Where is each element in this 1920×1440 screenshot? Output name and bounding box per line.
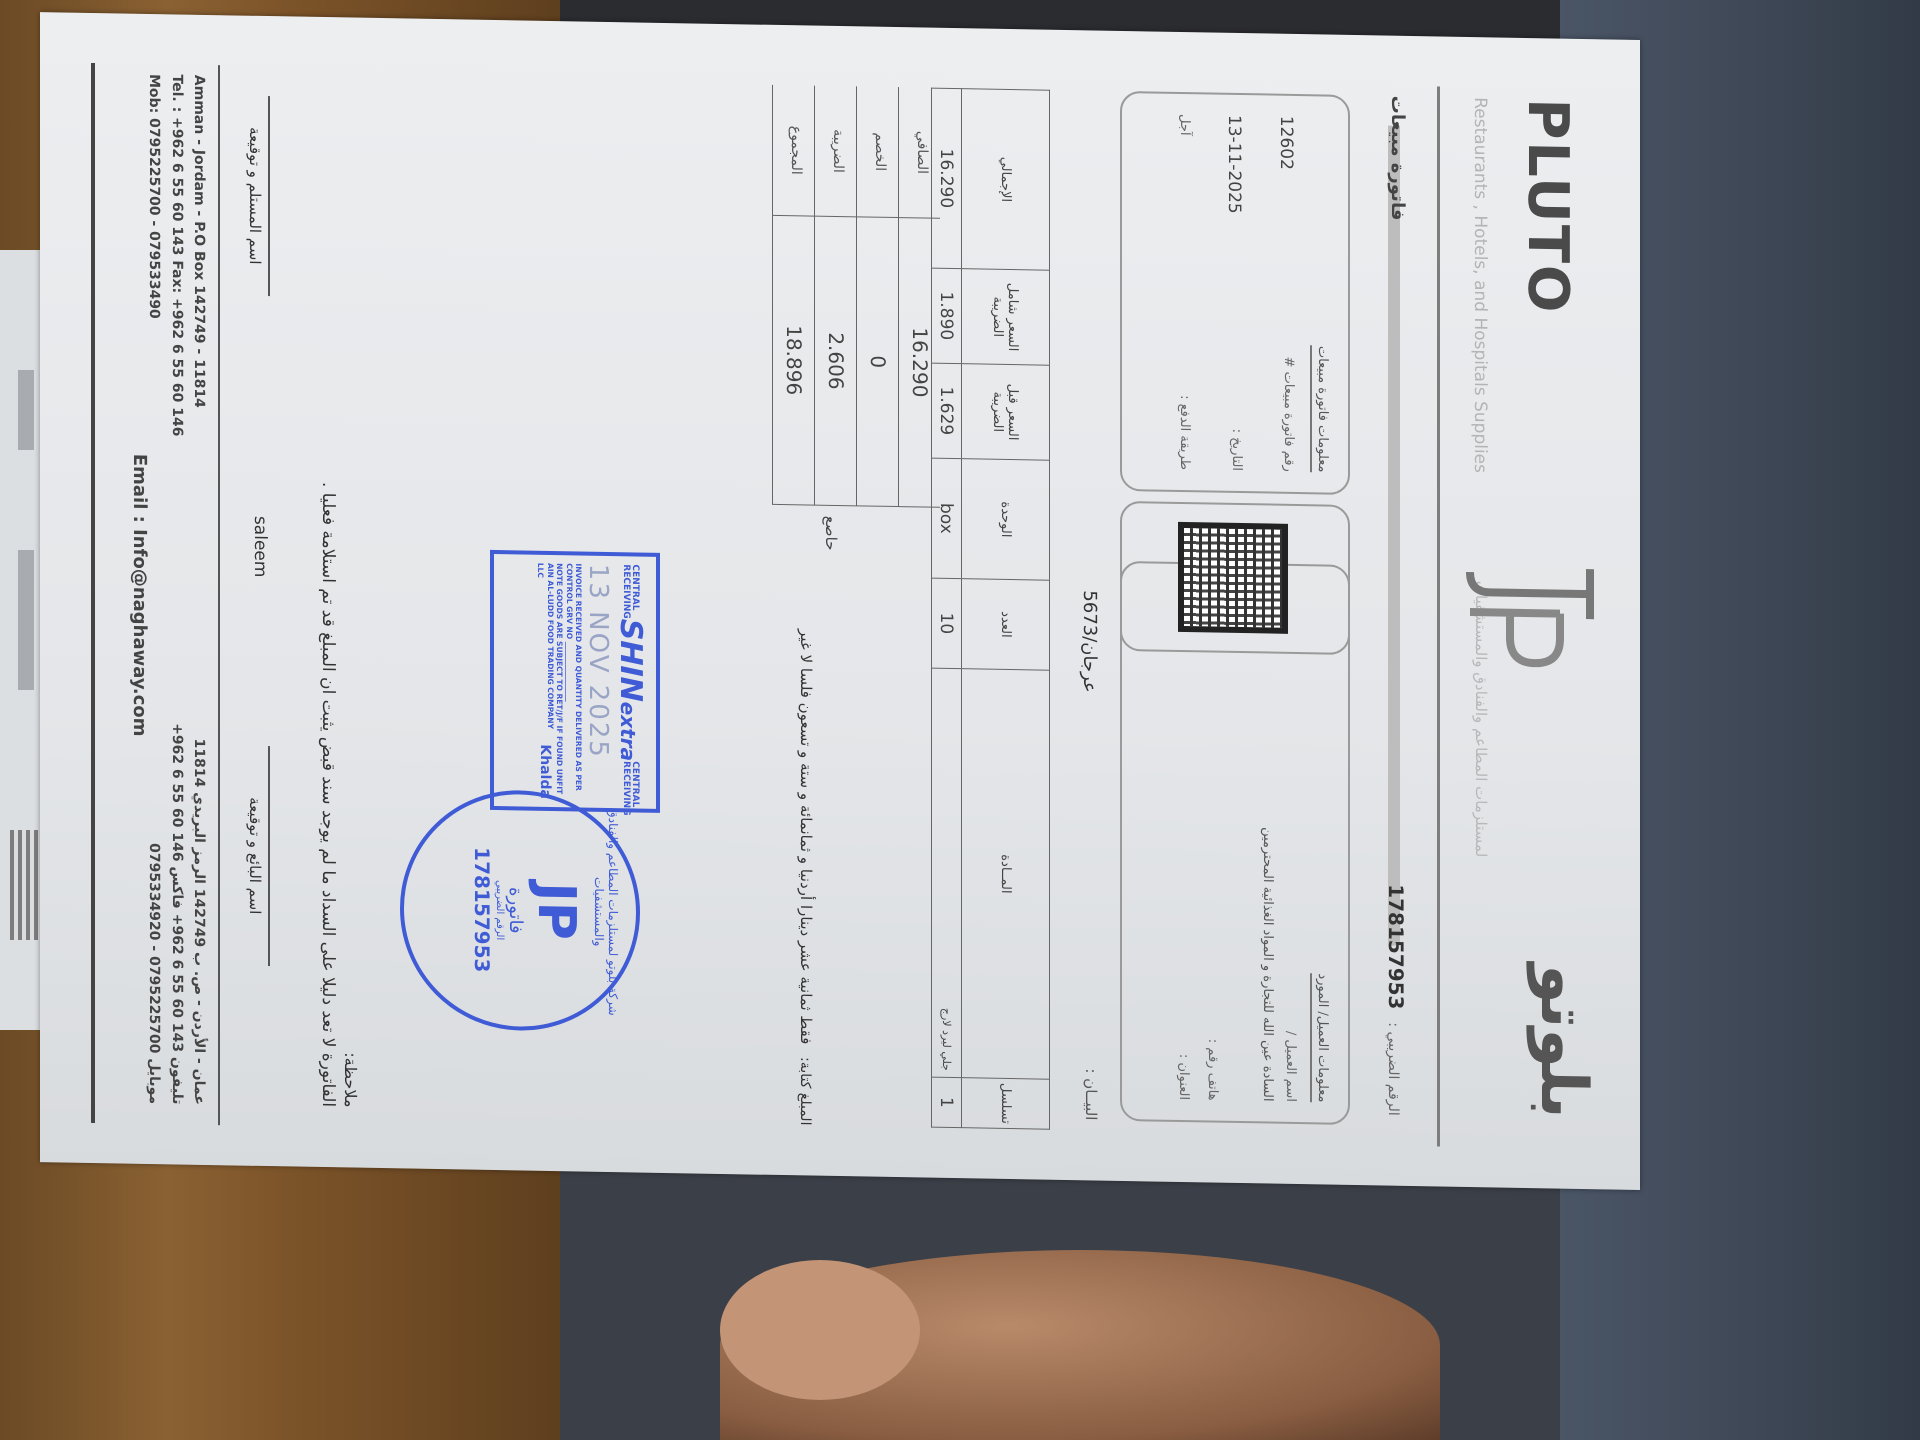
stamp-word: فاتورة [505, 794, 526, 1026]
client-name-label: اسم العميل / [1283, 586, 1298, 1102]
stamp-line: NOTE GOODS ARE SUBJECT TO RET/J/F IF FOU… [555, 563, 564, 799]
qr-code-icon [1178, 522, 1288, 634]
total-tax-label: الضريبة [815, 86, 856, 217]
thumb [720, 1260, 920, 1400]
col-header: المــادة [962, 669, 1050, 1080]
address-label: العنوان : [1176, 584, 1191, 1100]
phone-label: هاتف رقم : [1205, 584, 1220, 1100]
receiver-signature: اسم المستلم و توقيعة [246, 96, 270, 296]
invoice-info-box: معلومات فاتورة مبيعات 12602 رقم فاتورة م… [1120, 91, 1350, 495]
col-header: الإجمالي [962, 89, 1050, 271]
col-header: السعر قبل الضريبة [962, 364, 1050, 461]
company-stamp: شركة بلوتو لمستلزمات المطاعم والفنادق وا… [400, 788, 640, 1032]
footer-contact-english: Amman - Jordam - P.O Box 142749 - 11814 … [143, 74, 210, 437]
amount-in-words-label: المبلغ كتابة: [797, 1057, 813, 1126]
col-header: العدد [962, 579, 1050, 671]
stamp-line: CONTROL GRV NO ________________ [564, 563, 573, 799]
footer-bottom-rule [91, 63, 95, 1123]
invoice-date-label: التاريخ : [1224, 428, 1244, 471]
col-header: السعر شامل الضريبة [962, 269, 1050, 366]
jp-monogram-logo-icon [1460, 557, 1600, 669]
table-header-row: تسلسل المــادة العدد الوحدة السعر قبل ال… [962, 89, 1050, 1130]
note-label: ملاحظة: [341, 1052, 360, 1107]
amount-in-words: المبلغ كتابة: فقط ثمانية عشر دينارا أردن… [797, 85, 815, 1125]
total-discount-value: 0 [857, 216, 898, 507]
amount-in-words-value: فقط ثمانية عشر دينارا أردنيا و ثمانمائة … [797, 629, 815, 1045]
underlying-print [18, 550, 34, 690]
seller-signature: اسم البائع و توقيعة [246, 746, 270, 966]
underlying-print [18, 370, 34, 450]
client-box-title: معلومات العميل/ المورد [1310, 973, 1330, 1102]
statement-label: البيــان : [1082, 1068, 1100, 1120]
company-tagline-english: Restaurants , Hotels, and Hospitals Supp… [1470, 97, 1490, 473]
stamp-tax-number: 178157953 [470, 794, 494, 1026]
invoice-box-title: معلومات فاتورة مبيعات [1310, 346, 1330, 473]
cell-item: جلي ليرد لارج [932, 668, 962, 1078]
totals-row: 16.290 الصافي [898, 87, 940, 508]
company-name-arabic: بلوتو [1526, 964, 1600, 1120]
invoice-number-label: رقم فاتورة مبيعات # [1276, 356, 1296, 472]
note-text: الفاتورة لا تعد دليلا على السداد ما لم ي… [318, 482, 338, 1107]
receiving-stamp: CENTRAL RECEIVING SHINextra CENTRAL RECE… [490, 550, 660, 813]
stamp-date: 13 NOV 2025 [583, 564, 613, 801]
total-tax-value: 2.606 [815, 216, 856, 507]
payment-method-label: طريقة الدفع : [1177, 395, 1192, 470]
company-name-english: PLUTO [1515, 98, 1580, 315]
totals-row: 2.606 الضريبة [814, 86, 856, 507]
stamp-ring-text: شركة بلوتو لمستلزمات المطاعم والفنادق وا… [592, 796, 636, 1029]
cell-serial: 1 [932, 1077, 962, 1128]
cashier-name: حاصع [822, 516, 840, 551]
central-receiving-label: CENTRAL RECEIVING [622, 564, 640, 619]
header-bar [1388, 126, 1400, 946]
items-table: تسلسل المــادة العدد الوحدة السعر قبل ال… [931, 88, 1050, 1130]
col-header: تسلسل [962, 1078, 1050, 1130]
payment-method: آجل [1177, 114, 1192, 136]
cell-qty: 10 [932, 578, 962, 669]
invoice-sheet: بلوتو لمستلزمات المطاعم والفنادق والمستش… [40, 12, 1640, 1190]
seller-name: saleem [250, 516, 270, 578]
stamp-branch: Khalda [538, 744, 554, 799]
total-net-label: الصافي [899, 87, 940, 218]
footer-email: Email : Info@naghaway.com [129, 454, 150, 737]
total-net-value: 16.290 [899, 217, 940, 508]
footer-divider [218, 65, 220, 1125]
qr-box [1120, 501, 1350, 655]
header-divider [1437, 86, 1440, 1146]
tax-number: الرقم الضريبي : 178157953 [1384, 884, 1408, 1116]
invoice-type: فاتورة مبيعات [1387, 96, 1408, 221]
stamp-brand: SHINextra [613, 618, 648, 761]
stamp-tax-label: الرقم الضريبي [494, 794, 505, 1026]
stamp-line: INVOICE RECEIVED AND QUANTITY DELIVERED … [574, 563, 583, 799]
total-discount-label: الخصم [857, 86, 898, 217]
stamp-monogram-icon: JP [526, 795, 586, 1028]
client-name-value: السادة عين الله للتجارة و المواد الغذائي… [1260, 585, 1275, 1101]
col-header: الوحدة [962, 459, 1050, 581]
footer-contact-arabic: عمان - الأردن - ص. ب 142749 الرمز البريد… [143, 723, 210, 1106]
invoice-number: 12602 [1276, 116, 1296, 170]
reference-number: 5673/عرجان [1079, 590, 1100, 693]
stamp-line: AIN AL-LUDD FOOD TRADING COMPANY LLC [536, 563, 555, 745]
invoice-date: 13-11-2025 [1224, 115, 1244, 214]
totals-row: 0 الخصم [856, 86, 898, 507]
